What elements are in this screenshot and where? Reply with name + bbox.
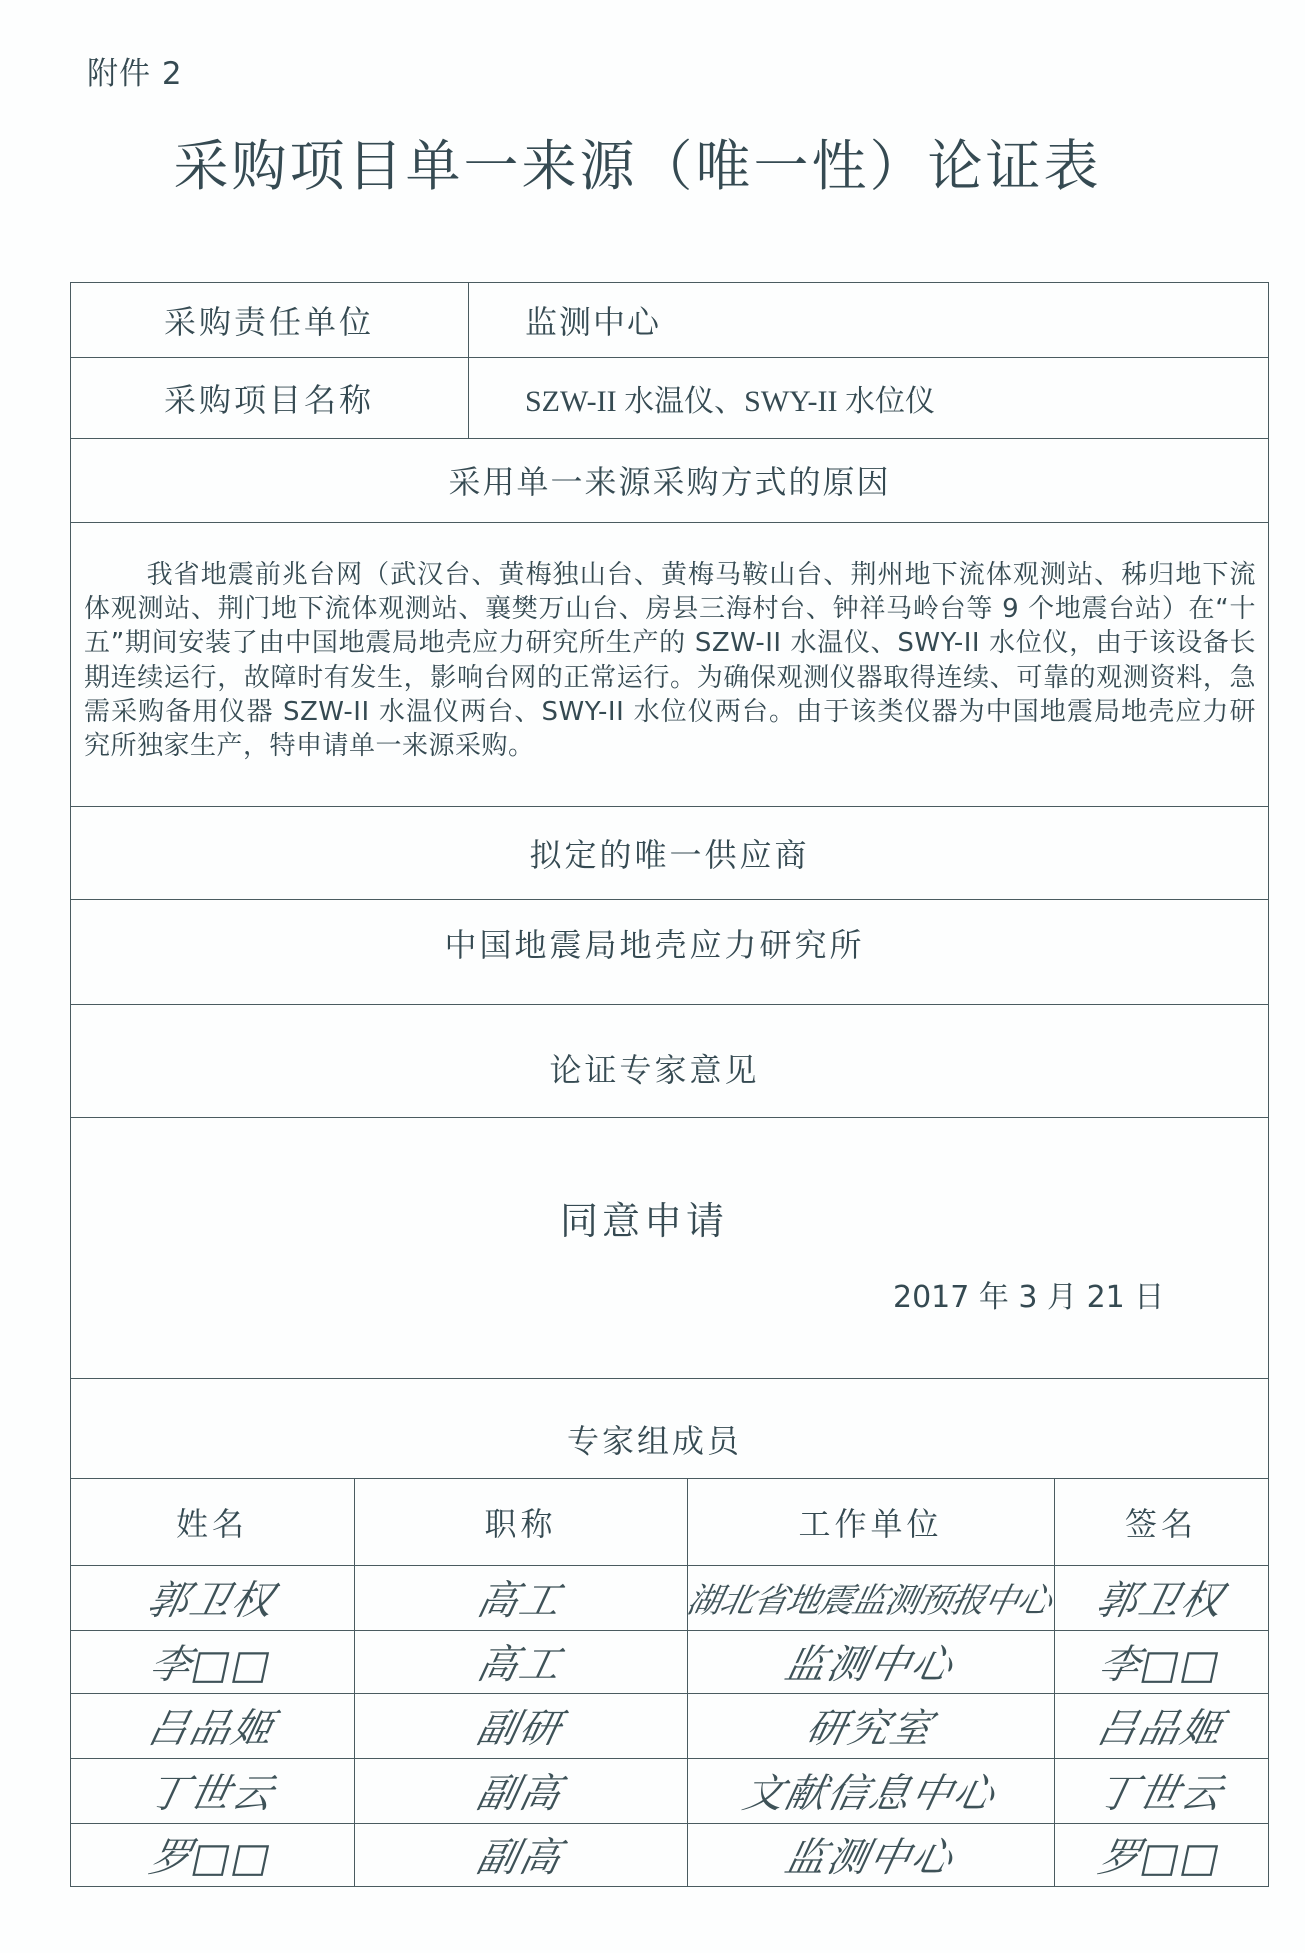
responsible-unit-label: 采购责任单位 [70,282,468,357]
attachment-label: 附件 2 [87,48,183,93]
row-divider [70,522,1269,523]
column-header-title: 职称 [354,1478,687,1565]
expert-name: 丁世云 [63,1758,361,1823]
row-divider [70,1886,1269,1887]
label-divider [468,282,469,438]
expert-name: 郭卫权 [63,1565,361,1630]
expert-title: 高工 [347,1630,693,1693]
expert-signature: 吕品姬 [1047,1693,1275,1758]
row-divider [70,1117,1269,1118]
row-divider [70,1378,1269,1379]
expert-name: 吕品姬 [63,1693,361,1758]
reason-heading: 采用单一来源采购方式的原因 [70,438,1269,522]
experts-heading: 专家组成员 [70,1408,1269,1470]
project-name-value: SZW-II 水温仪、SWY-II 水位仪 [525,357,1265,438]
expert-title: 副研 [347,1693,694,1758]
expert-title: 高工 [347,1565,694,1630]
page-title: 采购项目单一来源（唯一性）论证表 [0,122,1305,201]
supplier-value: 中国地震局地壳应力研究所 [70,899,1269,987]
expert-opinion-text: 同意申请 [560,1192,728,1242]
project-name-label: 采购项目名称 [70,357,468,438]
expert-unit: 文献信息中心 [680,1758,1061,1823]
expert-signature: 郭卫权 [1047,1565,1275,1630]
column-header-unit: 工作单位 [687,1478,1054,1565]
expert-title: 副高 [347,1823,693,1886]
expert-signature: 丁世云 [1047,1758,1275,1823]
row-divider [70,1004,1269,1005]
expert-unit: 研究室 [680,1693,1061,1758]
expert-title: 副高 [347,1758,694,1823]
expert-unit: 湖北省地震监测预报中心 [663,1565,1077,1630]
column-header-signature: 签名 [1054,1478,1268,1565]
expert-name: 罗□□ [63,1823,360,1886]
expert-unit: 监测中心 [680,1823,1060,1886]
expert-name: 李□□ [63,1630,360,1693]
expert-signature: 李□□ [1047,1630,1274,1693]
expert-signature: 罗□□ [1047,1823,1274,1886]
opinion-date: 2017 年 3 月 21 日 [893,1274,1164,1314]
responsible-unit-value: 监测中心 [525,282,1265,357]
expert-opinion-heading: 论证专家意见 [70,1030,1269,1106]
reason-text-content: 我省地震前兆台网（武汉台、黄梅独山台、黄梅马鞍山台、荆州地下流体观测站、秭归地下… [84,560,1256,761]
reason-text: 我省地震前兆台网（武汉台、黄梅独山台、黄梅马鞍山台、荆州地下流体观测站、秭归地下… [84,558,1256,763]
column-header-name: 姓名 [70,1478,354,1565]
expert-unit: 监测中心 [680,1630,1060,1693]
supplier-heading: 拟定的唯一供应商 [70,806,1269,899]
